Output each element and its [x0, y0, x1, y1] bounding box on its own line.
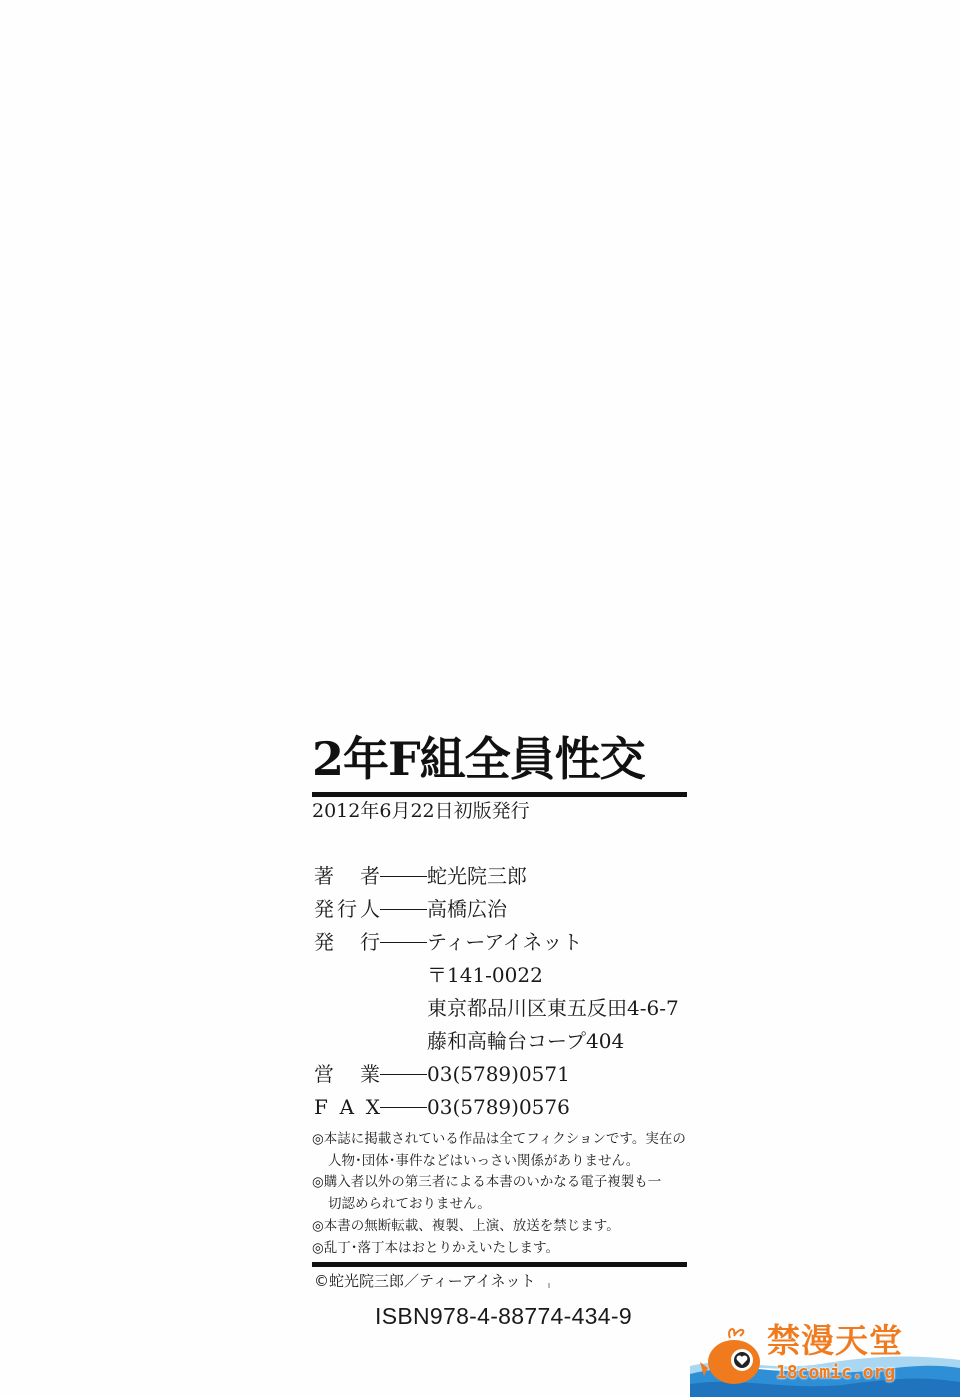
scan-speck	[548, 1283, 550, 1288]
copyright-rule	[312, 1262, 687, 1267]
detail-label: F A X	[314, 1094, 380, 1120]
detail-value: 〒141-0022	[427, 962, 543, 988]
detail-value: 高橋広治	[427, 896, 507, 922]
watermark-url: 18comic.org	[776, 1362, 895, 1384]
detail-value: 03(5789)0571	[427, 1061, 570, 1087]
detail-label: 発 行	[314, 929, 380, 955]
notice-line: 人物･団体･事件などはいっさい関係がありません。	[312, 1151, 686, 1173]
watermark-title: 禁漫天堂	[767, 1321, 903, 1361]
detail-value: 藤和高輪台コープ404	[427, 1028, 624, 1054]
detail-label: 発 行 人	[314, 896, 380, 922]
detail-label: 営 業	[314, 1061, 380, 1087]
book-colophon-page: 2年F組全員性交 2012年6月22日初版発行 著 者 蛇光院三郎 発 行 人	[0, 0, 960, 1397]
leader-dash	[380, 909, 427, 910]
isbn: ISBN978-4-88774-434-9	[375, 1302, 632, 1330]
leader-dash	[380, 1074, 427, 1075]
notice-line: 切認められておりません。	[312, 1194, 686, 1216]
detail-value: 東京都品川区東五反田4-6-7	[427, 995, 679, 1021]
leader-dash	[380, 1107, 427, 1108]
detail-value: 蛇光院三郎	[427, 863, 527, 889]
leader-dash	[380, 942, 427, 943]
book-title: 2年F組全員性交	[312, 731, 645, 787]
whale-mascot-icon	[700, 1324, 766, 1390]
notice-line: ◎乱丁･落丁本はおとりかえいたします。	[312, 1238, 686, 1260]
edition-date: 2012年6月22日初版発行	[312, 799, 530, 823]
site-watermark: 禁漫天堂 18comic.org	[690, 1318, 960, 1397]
legal-notices: ◎本誌に掲載されている作品は全てフィクションです。実在の 人物･団体･事件などは…	[312, 1129, 686, 1259]
copyright-line: ©蛇光院三郎／ティーアイネット	[314, 1270, 536, 1292]
notice-line: ◎本書の無断転載、複製、上演、放送を禁じます。	[312, 1216, 686, 1238]
leader-dash	[380, 876, 427, 877]
notice-line: ◎購入者以外の第三者による本書のいかなる電子複製も一	[312, 1172, 686, 1194]
title-rule	[312, 792, 687, 797]
detail-value: 03(5789)0576	[427, 1094, 570, 1120]
detail-value: ティーアイネット	[427, 929, 582, 955]
notice-line: ◎本誌に掲載されている作品は全てフィクションです。実在の	[312, 1129, 686, 1151]
detail-label: 著 者	[314, 863, 380, 889]
